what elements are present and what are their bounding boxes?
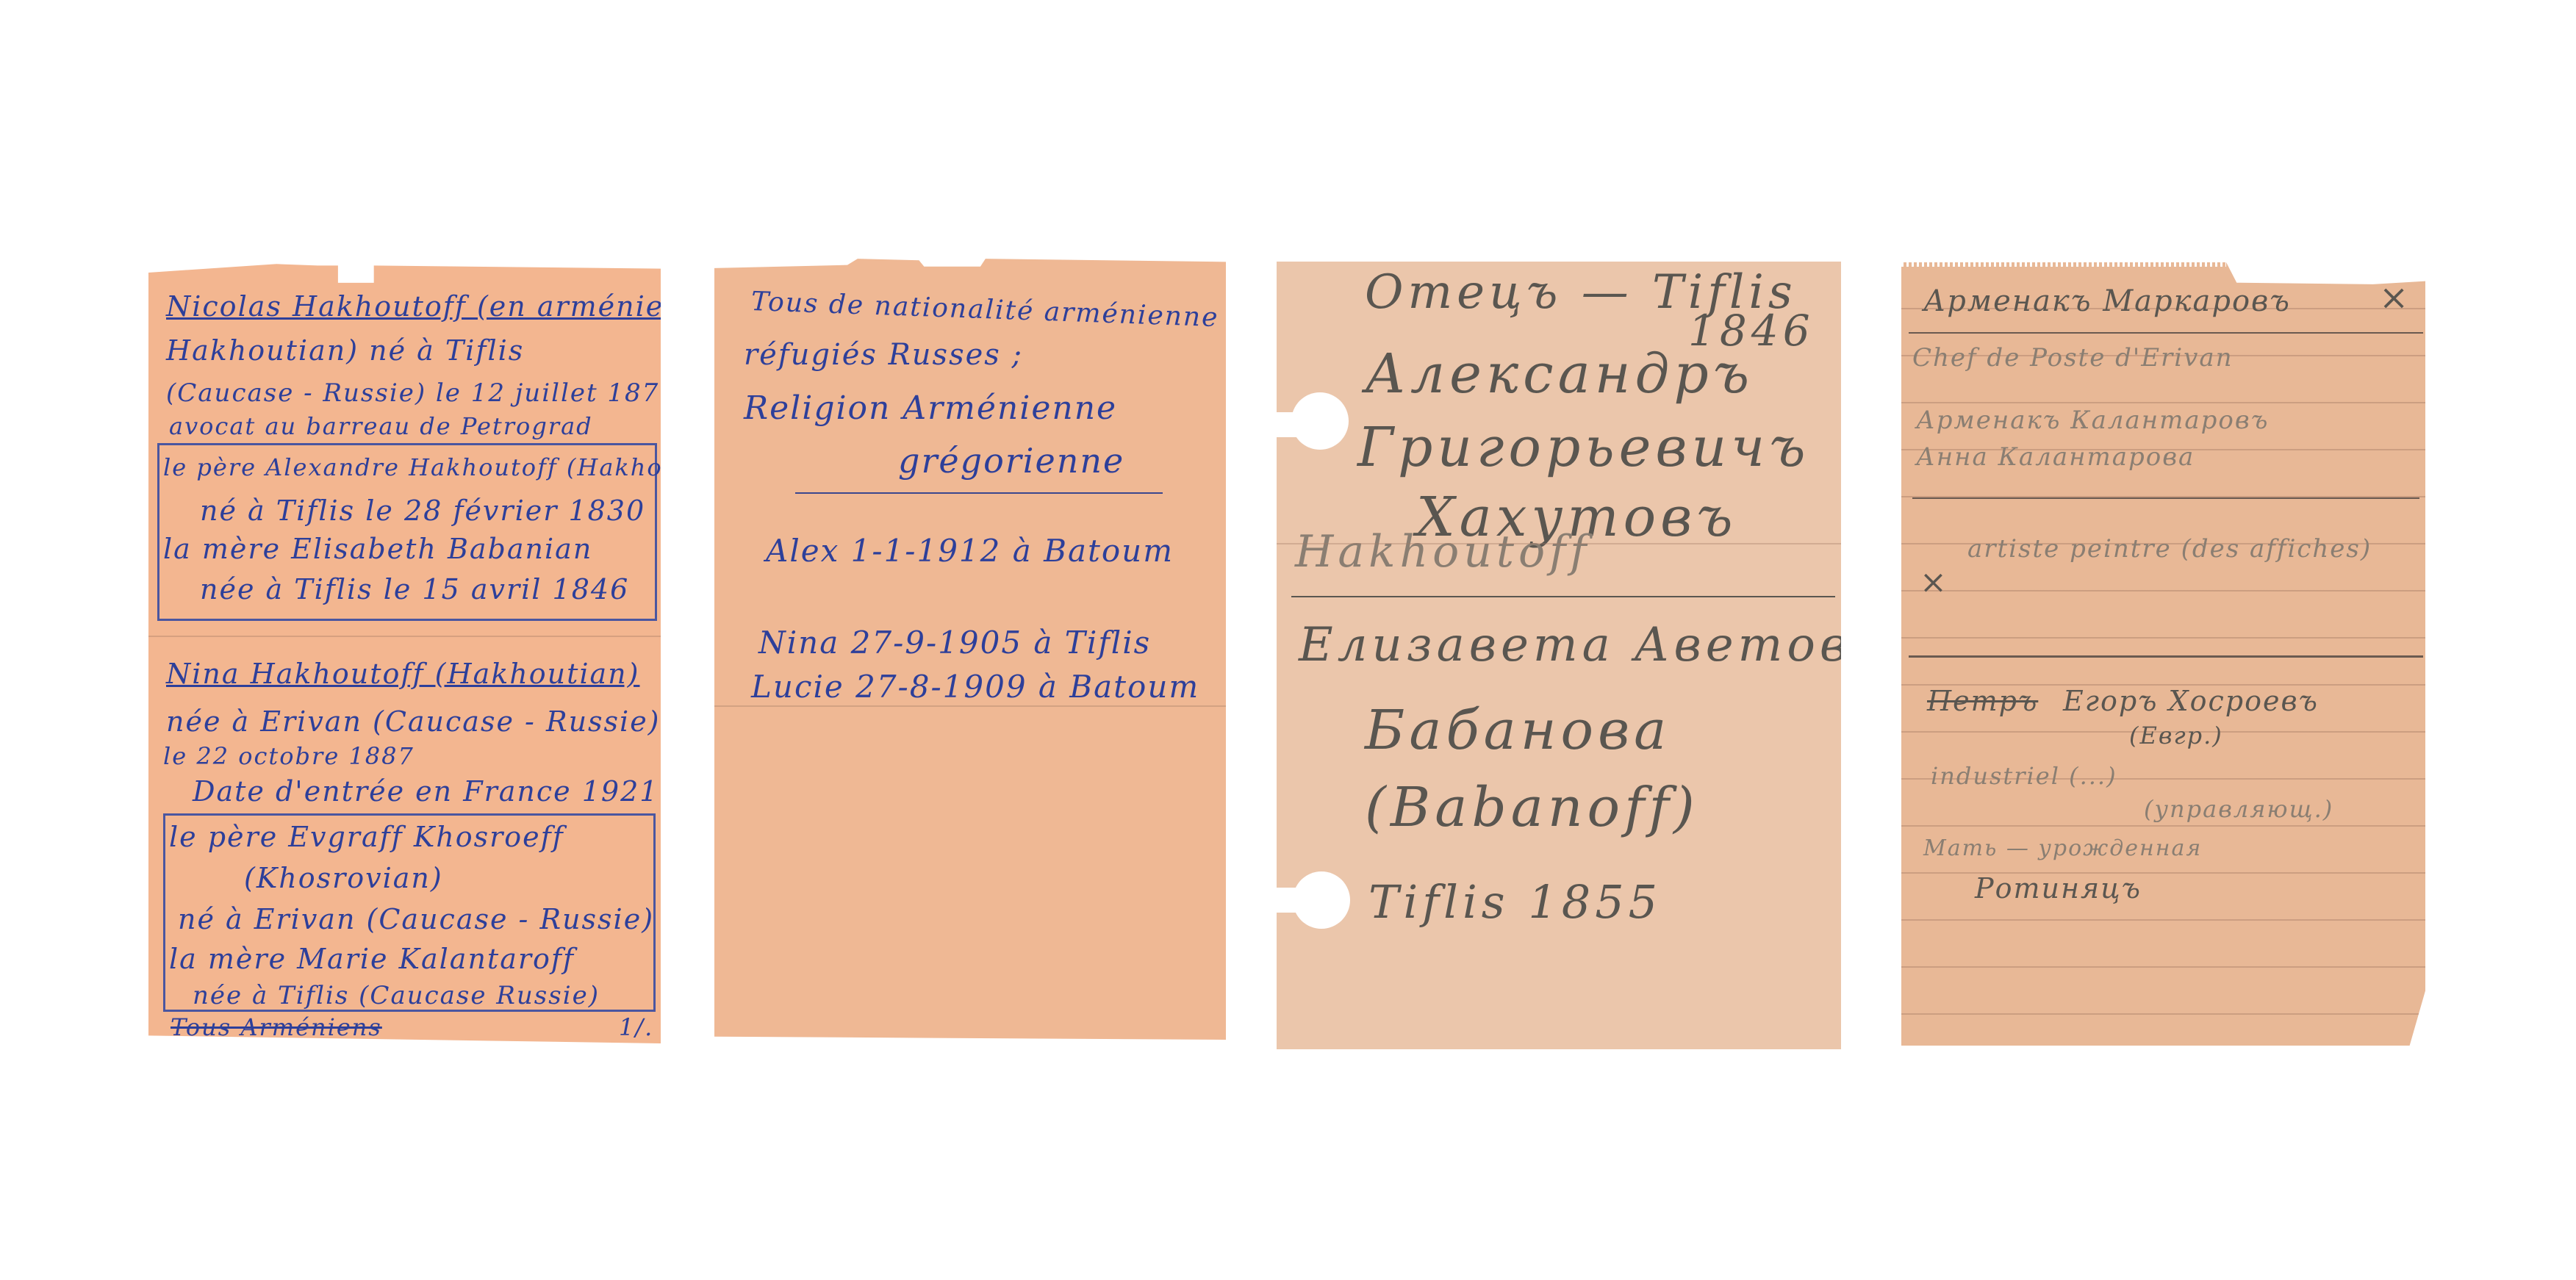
note-sheet-4: Арменакъ Маркаровъ × Chef de Poste d'Eri… (1901, 262, 2425, 1046)
sheet4-line-5: Анна Калантарова (1916, 442, 2195, 472)
sheet1-line-9: Nina Hakhoutoff (Hakhoutian) (166, 658, 639, 690)
sheet1-line-13: le père Evgraff Khosroeff (169, 821, 564, 853)
sheet1-line-12: Date d'entrée en France 1921. (193, 775, 661, 808)
sheet1-line-6: né à Tiflis le 28 février 1830 (200, 495, 645, 527)
sheet1-line-15: né à Erivan (Caucase - Russie) (178, 903, 654, 935)
sheet4-line-10: industriel (...) (1931, 762, 2117, 790)
punch-hole-tear (1277, 412, 1306, 437)
sheet4-line-3: Chef de Poste d'Erivan (1912, 343, 2234, 373)
sheet4-line-4: Арменакъ Калантаровъ (1916, 406, 2269, 435)
sheet4-line-6: artiste peintre (des affiches) (1967, 534, 2372, 564)
child-row-nina: Nina 27-9-1905 à Tiflis (758, 625, 1151, 661)
serrated-edge (1901, 262, 2226, 267)
sheet3-line-4: Григорьевичъ (1357, 416, 1810, 479)
sheet2-line-1: Tous de nationalité arménienne (750, 287, 1219, 333)
sheet3-line-3: Александръ (1365, 342, 1754, 406)
sheet4-line-12: Мать — урожденная (1923, 835, 2202, 861)
divider-rule (1912, 497, 2419, 499)
sheet2-line-3: Religion Arménienne (744, 389, 1117, 427)
page-number: 1/. (619, 1013, 653, 1041)
sheet3-line-8: Бабанова (1365, 699, 1671, 762)
sheet3-line-6: Hakhoutoff (1295, 526, 1591, 578)
divider-rule (1909, 655, 2423, 658)
divider-rule (1291, 596, 1835, 597)
fold-line (714, 705, 1226, 707)
divider-rule (795, 492, 1163, 494)
sheet4-line-8: Егоръ Хосроевъ (2063, 685, 2319, 717)
sheet2-line-4: grégorienne (898, 441, 1124, 481)
sheet1-line-2: Hakhoutian) né à Tiflis (166, 334, 524, 367)
sheet4-line-9: (Евгр.) (2129, 722, 2223, 749)
sheet1-line-3: (Caucase - Russie) le 12 juillet 1877 (166, 378, 661, 408)
sheet1-line-11: le 22 octobre 1887 (163, 742, 415, 770)
struck-name: Петръ (1927, 685, 2038, 717)
sheet1-line-17: née à Tiflis (Caucase Russie) (193, 981, 600, 1010)
sheet4-line-11: (управляющ.) (2144, 795, 2333, 823)
note-sheet-1: Nicolas Hakhoutoff (en arménienne Hakhou… (148, 261, 661, 1043)
cross-mark-top: × (2379, 277, 2410, 318)
sheet1-line-4: avocat au barreau de Petrograd (169, 412, 593, 440)
sheet4-line-13: Ротиняцъ (1975, 872, 2142, 905)
sheet1-line-16: la mère Marie Kalantaroff (169, 943, 575, 975)
divider-rule (1909, 332, 2423, 334)
cross-mark-left: × (1920, 564, 1948, 601)
child-row-alex: Alex 1-1-1912 à Batoum (766, 533, 1174, 569)
punch-hole-tear (1277, 888, 1306, 913)
sheet3-line-9: (Babanoff) (1365, 776, 1699, 839)
sheet1-line-7: la mère Elisabeth Babanian (163, 533, 592, 565)
sheet3-line-7: Елизавета Аветовна (1299, 618, 1841, 672)
sheet4-line-1: Арменакъ Маркаровъ (1923, 284, 2291, 318)
sheet1-line-8: née à Tiflis le 15 avril 1846 (200, 573, 629, 605)
fold-line (148, 636, 661, 637)
sheet1-line-18: Tous Arméniens (171, 1013, 382, 1041)
note-sheet-2: Tous de nationalité arménienne réfugiés … (714, 257, 1226, 1040)
child-row-lucie: Lucie 27-8-1909 à Batoum (751, 669, 1199, 705)
sheet1-line-10: née à Erivan (Caucase - Russie) (166, 705, 661, 738)
sheet3-line-10: Tiflis 1855 (1368, 875, 1662, 929)
sheet1-line-5: le père Alexandre Hakhoutoff (Hakhoutian… (163, 453, 661, 481)
fold-line (1277, 543, 1841, 544)
sheet1-line-1: Nicolas Hakhoutoff (en arménienne (166, 290, 661, 323)
note-sheet-3: Отецъ — Tiflis 1846 Александръ Григорьев… (1277, 262, 1841, 1049)
sheet2-line-2: réfugiés Russes ; (744, 338, 1023, 372)
sheet1-line-14: (Khosrovian) (244, 862, 443, 894)
